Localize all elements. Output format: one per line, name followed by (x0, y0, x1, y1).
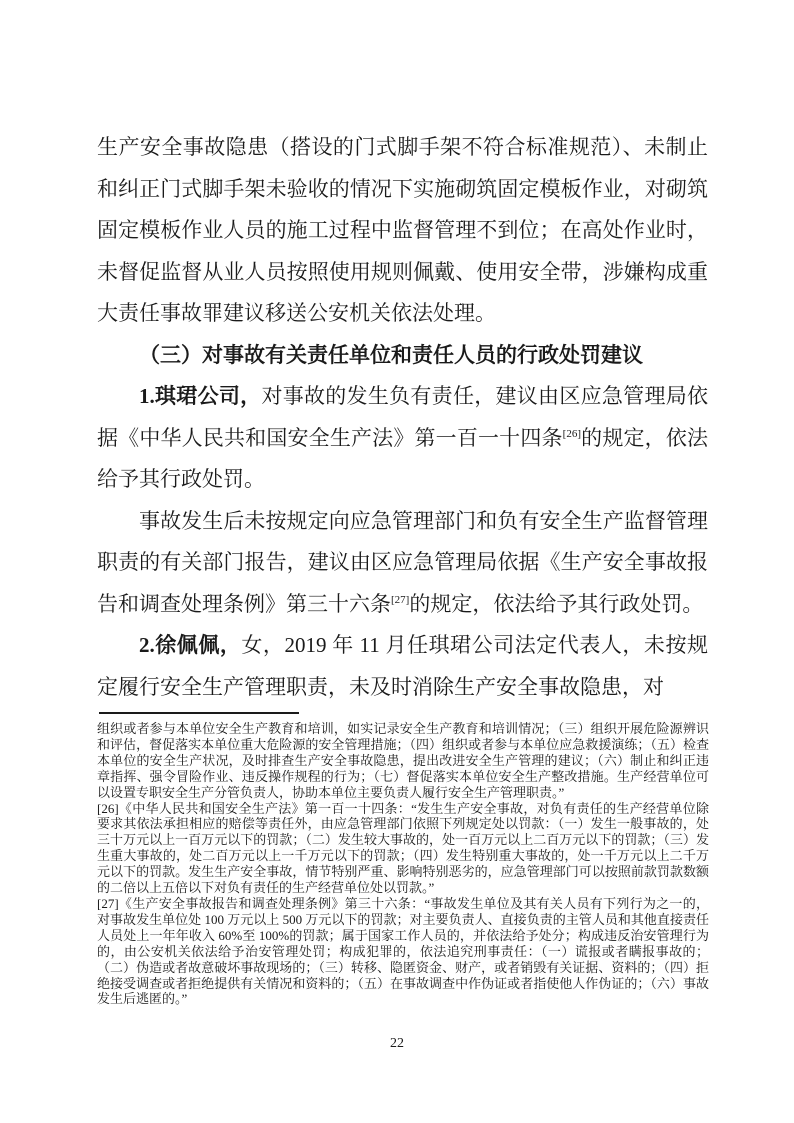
footnote-item: [27]《生产安全事故报告和调查处理条例》第三十六条：“事故发生单位及其有关人员… (97, 896, 709, 1007)
footnote-ref: [26] (563, 428, 581, 440)
footnote-ref: [27] (391, 594, 409, 606)
paragraph: 2.徐佩佩，女，2019 年 11 月任琪珺公司法定代表人，未按规定履行安全生产… (97, 625, 708, 708)
footnote-item: 组织或者参与本单位安全生产教育和培训，如实记录安全生产教育和培训情况；（三）组织… (97, 721, 709, 801)
footnote-separator (99, 712, 299, 714)
bold-text-run: 1.琪珺公司， (139, 384, 261, 408)
text-run: 生产安全事故隐患（搭设的门式脚手架不符合标准规范）、未制止和纠正门式脚手架未验收… (97, 135, 708, 325)
paragraph: 生产安全事故隐患（搭设的门式脚手架不符合标准规范）、未制止和纠正门式脚手架未验收… (97, 127, 708, 335)
page-number: 22 (0, 1036, 794, 1052)
footnote-item: [26]《中华人民共和国安全生产法》第一百一十四条：“发生生产安全事故，对负有责… (97, 801, 709, 896)
bold-text-run: 2.徐佩佩， (139, 633, 241, 657)
section-heading: （三）对事故有关责任单位和责任人员的行政处罚建议 (97, 335, 708, 377)
footnotes: 组织或者参与本单位安全生产教育和培训，如实记录安全生产教育和培训情况；（三）组织… (97, 721, 709, 1007)
document-page: 生产安全事故隐患（搭设的门式脚手架不符合标准规范）、未制止和纠正门式脚手架未验收… (0, 0, 794, 1123)
paragraph: 1.琪珺公司，对事故的发生负有责任，建议由区应急管理局依据《中华人民共和国安全生… (97, 376, 708, 501)
body-text: 生产安全事故隐患（搭设的门式脚手架不符合标准规范）、未制止和纠正门式脚手架未验收… (97, 127, 708, 708)
bold-text-run: （三）对事故有关责任单位和责任人员的行政处罚建议 (139, 343, 643, 367)
paragraph: 事故发生后未按规定向应急管理部门和负有安全生产监督管理职责的有关部门报告，建议由… (97, 501, 708, 626)
text-run: 的规定，依法给予其行政处罚。 (409, 592, 703, 616)
